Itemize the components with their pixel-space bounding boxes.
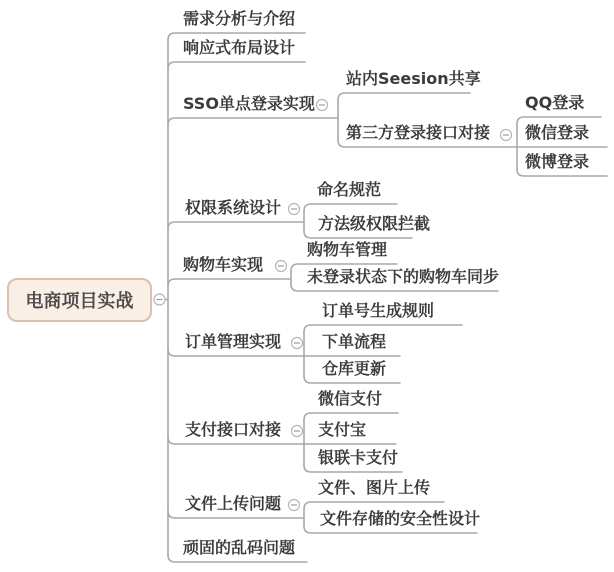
topic-label[interactable]: QQ登录 (525, 94, 584, 111)
topic-label[interactable]: 订单管理实现 (185, 333, 281, 350)
connector-line (168, 279, 291, 286)
collapse-icon[interactable] (292, 338, 303, 349)
collapse-icon[interactable] (501, 130, 512, 141)
connector-line (338, 93, 470, 100)
mindmap-canvas: 电商项目实战需求分析与介绍响应式布局设计SSO单点登录实现站内Seesion共享… (0, 0, 614, 572)
collapse-icon[interactable] (289, 500, 300, 511)
topic-label[interactable]: 订单号生成规则 (322, 302, 434, 319)
topic-label[interactable]: 文件上传问题 (185, 495, 281, 512)
collapse-icon[interactable] (317, 100, 328, 111)
topic-label[interactable]: 下单流程 (322, 333, 386, 350)
topic-label[interactable]: 仓库更新 (322, 360, 386, 377)
topic-label[interactable]: 未登录状态下的购物车同步 (307, 268, 499, 285)
topic-label[interactable]: 支付接口对接 (185, 421, 281, 438)
connector-line (304, 413, 398, 420)
topic-label[interactable]: 需求分析与介绍 (183, 10, 295, 27)
topic-label[interactable]: 顽固的乱码问题 (183, 539, 295, 556)
connector-line (304, 325, 462, 332)
connector-line (304, 502, 444, 509)
connector-line (168, 222, 304, 229)
topic-label[interactable]: 微信支付 (318, 390, 382, 407)
topic-label[interactable]: 微信登录 (525, 124, 589, 141)
topic-label[interactable]: 文件、图片上传 (318, 479, 430, 496)
collapse-icon[interactable] (276, 261, 287, 272)
connector-line (304, 204, 397, 211)
topic-label[interactable]: 命名规范 (317, 181, 381, 198)
topic-label[interactable]: SSO单点登录实现 (183, 95, 315, 112)
topic-label[interactable]: 响应式布局设计 (183, 39, 295, 56)
topic-label[interactable]: 银联卡支付 (318, 449, 398, 466)
topic-label[interactable]: 方法级权限拦截 (318, 215, 430, 232)
collapse-icon[interactable] (292, 426, 303, 437)
topic-label[interactable]: 文件存储的安全性设计 (320, 510, 480, 527)
root-topic[interactable]: 电商项目实战 (7, 278, 152, 322)
topic-label[interactable]: 购物车实现 (183, 256, 263, 273)
connector-line (168, 118, 338, 125)
topic-label[interactable]: 第三方登录接口对接 (346, 124, 490, 141)
topic-label[interactable]: 支付宝 (318, 421, 366, 438)
connector-line (168, 62, 305, 69)
collapse-icon[interactable] (289, 204, 300, 215)
topic-label[interactable]: 权限系统设计 (185, 199, 281, 216)
topic-label[interactable]: 站内Seesion共享 (346, 70, 481, 87)
topic-label[interactable]: 购物车管理 (307, 241, 387, 258)
collapse-icon[interactable] (154, 294, 165, 305)
topic-label[interactable]: 微博登录 (525, 153, 589, 170)
